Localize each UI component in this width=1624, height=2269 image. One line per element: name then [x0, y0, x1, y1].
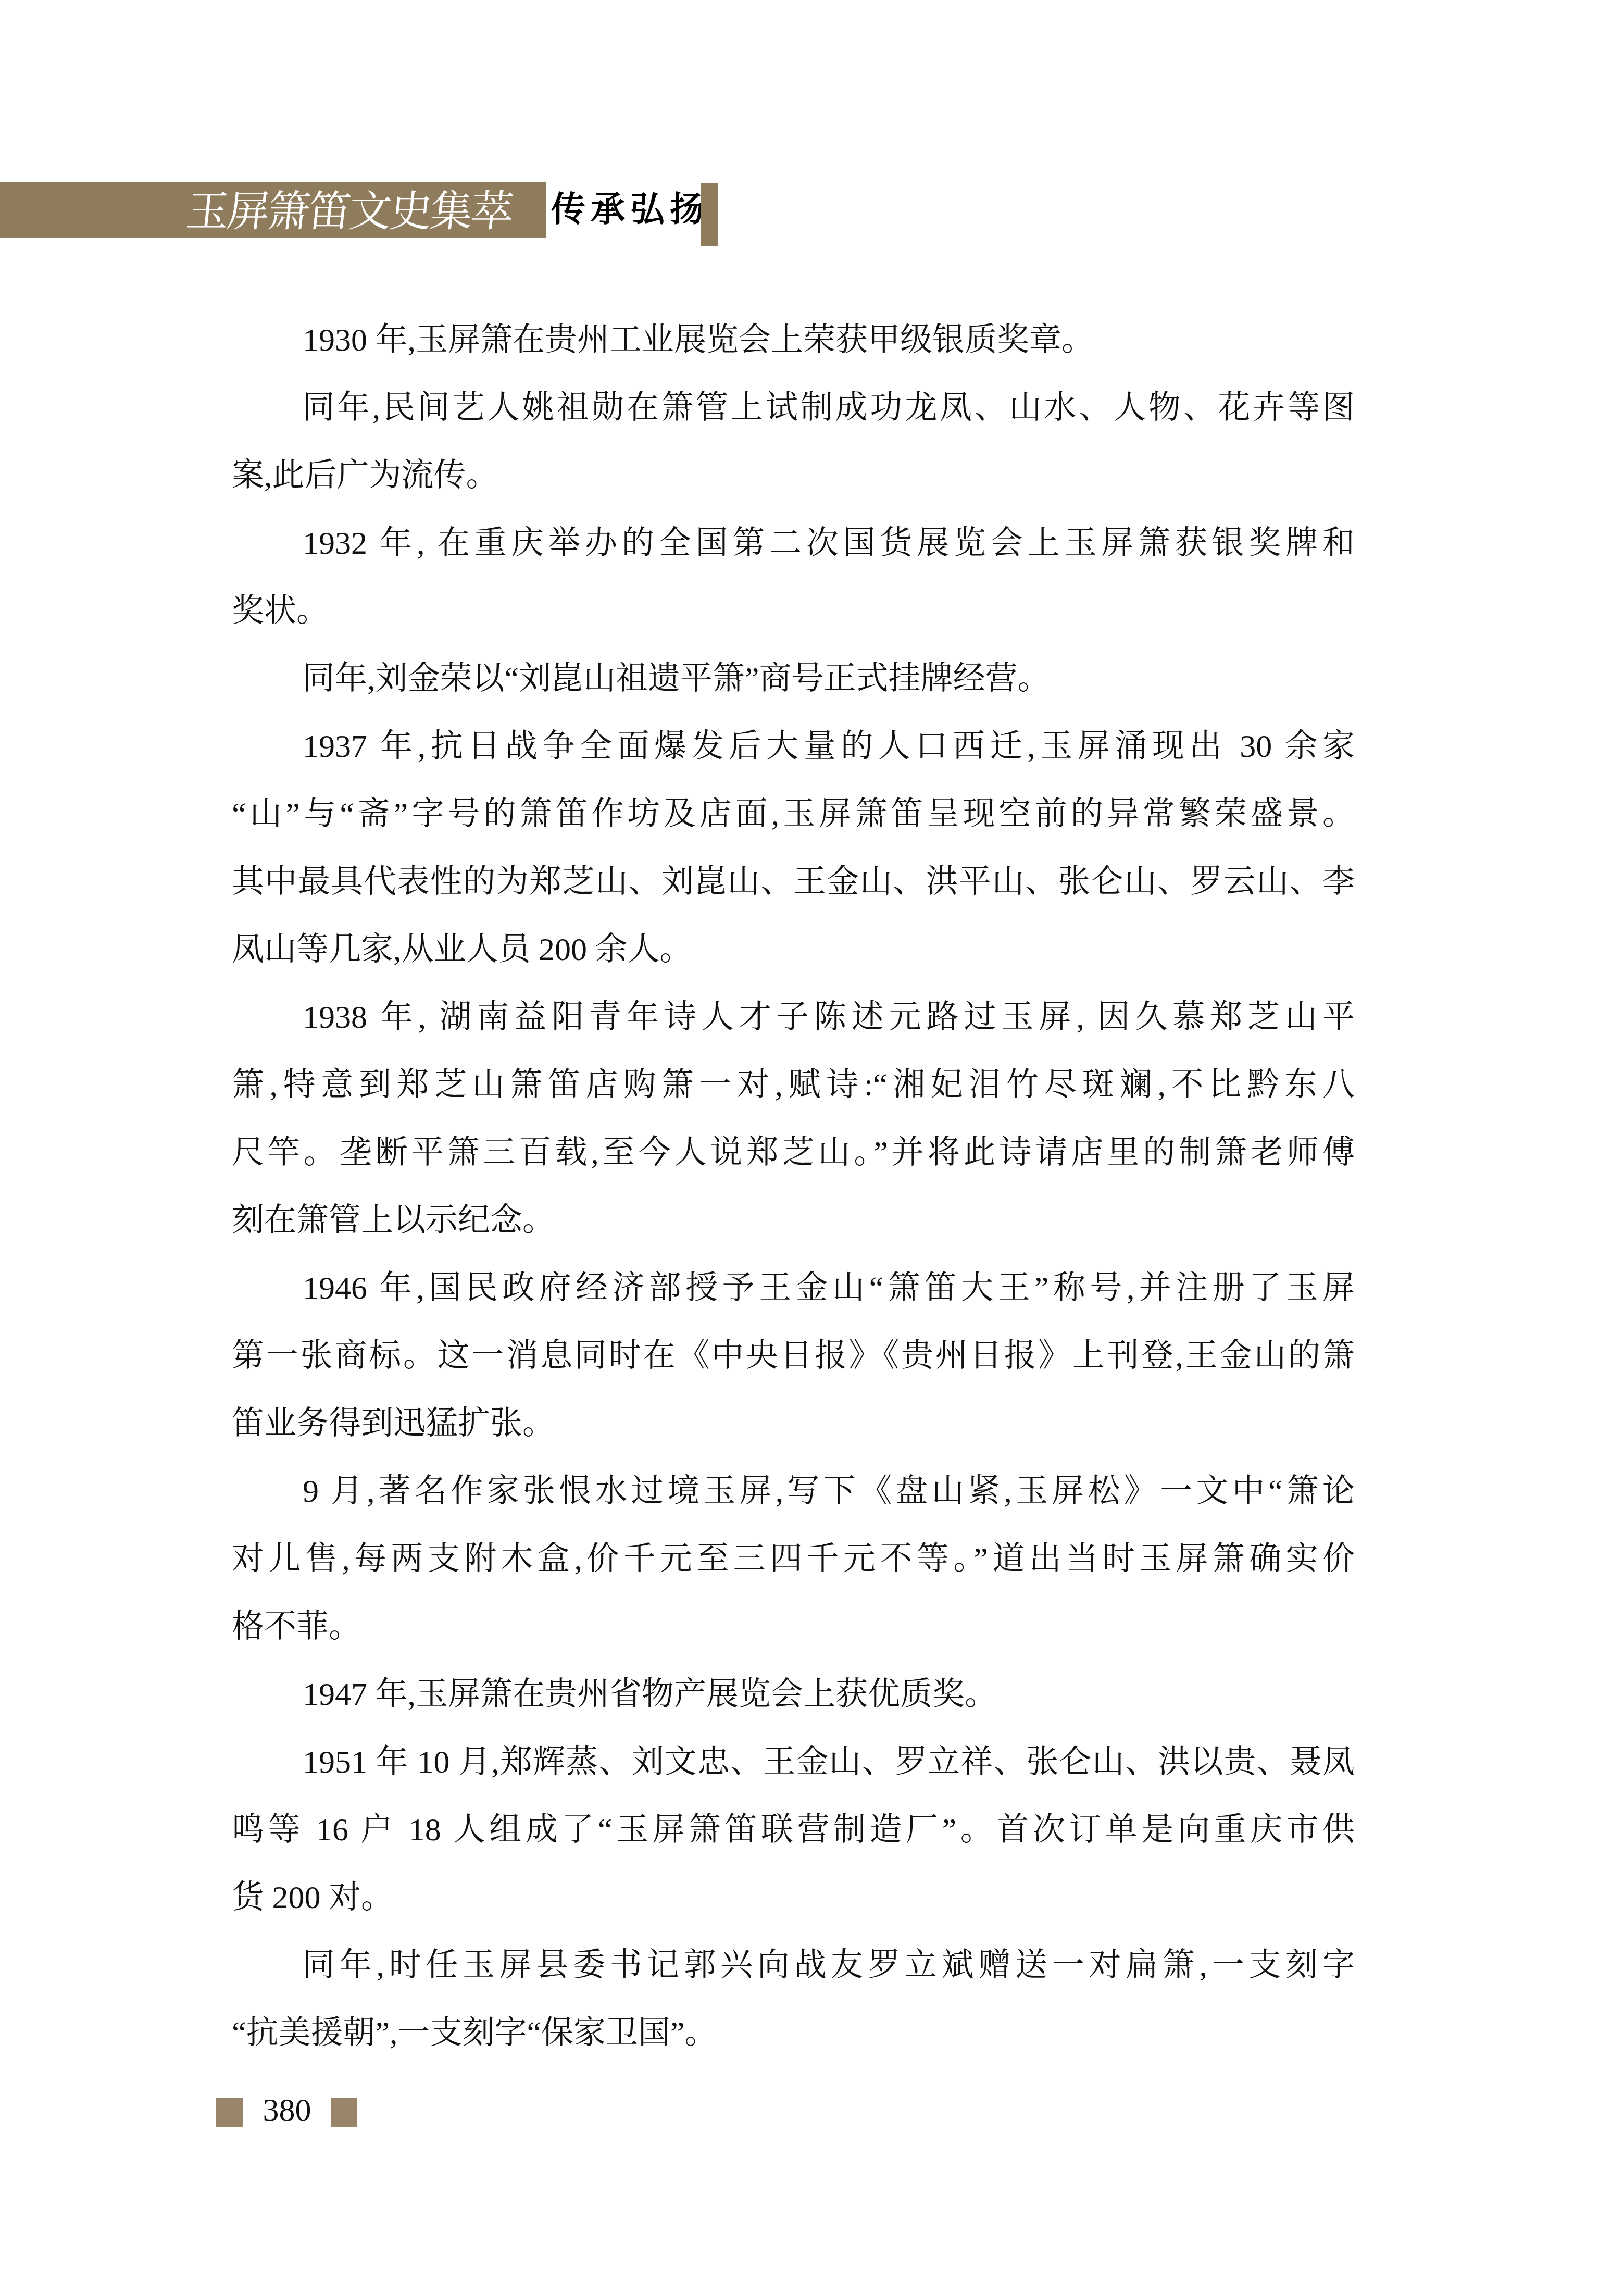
body-line: 其中最具代表性的为郑芝山、刘崑山、王金山、洪平山、张仑山、罗云山、李	[232, 848, 1355, 916]
body-text: 1930 年,玉屏箫在贵州工业展览会上荣获甲级银质奖章。同年,民间艺人姚祖勋在箫…	[232, 306, 1355, 2067]
header-band: 玉屏箫笛文史集萃	[0, 182, 546, 238]
header-accent-block	[701, 183, 718, 246]
body-line: 同年,民间艺人姚祖勋在箫管上试制成功龙凤、山水、人物、花卉等图	[232, 374, 1355, 442]
body-line: 1946 年,国民政府经济部授予王金山“箫笛大王”称号,并注册了玉屏	[232, 1254, 1355, 1322]
body-line: 笛业务得到迅猛扩张。	[232, 1390, 1355, 1457]
body-line: 同年,刘金荣以“刘崑山祖遗平箫”商号正式挂牌经营。	[232, 645, 1355, 713]
body-line: 1947 年,玉屏箫在贵州省物产展览会上获优质奖。	[232, 1661, 1355, 1728]
body-line: 9 月,著名作家张恨水过境玉屏,写下《盘山紧,玉屏松》一文中“箫论	[232, 1457, 1355, 1525]
footer-left-square	[216, 2098, 243, 2127]
body-line: 奖状。	[232, 577, 1355, 645]
body-line: 1932 年, 在重庆举办的全国第二次国货展览会上玉屏箫获银奖牌和	[232, 509, 1355, 577]
body-line: 格不菲。	[232, 1593, 1355, 1661]
body-line: 1930 年,玉屏箫在贵州工业展览会上荣获甲级银质奖章。	[232, 306, 1355, 374]
body-line: 案,此后广为流传。	[232, 442, 1355, 509]
book-page: 玉屏箫笛文史集萃 传承弘扬 1930 年,玉屏箫在贵州工业展览会上荣获甲级银质奖…	[0, 0, 1624, 2269]
body-line: 凤山等几家,从业人员 200 余人。	[232, 916, 1355, 983]
header-section-title: 传承弘扬	[551, 182, 709, 238]
body-line: “抗美援朝”,一支刻字“保家卫国”。	[232, 1999, 1355, 2067]
body-line: 货 200 对。	[232, 1864, 1355, 1931]
body-line: 同年,时任玉屏县委书记郭兴向战友罗立斌赠送一对扁箫,一支刻字	[232, 1931, 1355, 1999]
header-calligraphy-title: 玉屏箫笛文史集萃	[183, 182, 549, 242]
body-line: 第一张商标。这一消息同时在《中央日报》《贵州日报》上刊登,王金山的箫	[232, 1322, 1355, 1390]
body-line: “山”与“斋”字号的箫笛作坊及店面,玉屏箫笛呈现空前的异常繁荣盛景。	[232, 780, 1355, 848]
body-line: 尺竿。垄断平箫三百载,至今人说郑芝山。”并将此诗请店里的制箫老师傅	[232, 1119, 1355, 1187]
body-line: 1938 年, 湖南益阳青年诗人才子陈述元路过玉屏, 因久慕郑芝山平	[232, 983, 1355, 1051]
page-number: 380	[258, 2093, 316, 2127]
body-line: 1937 年,抗日战争全面爆发后大量的人口西迁,玉屏涌现出 30 余家	[232, 713, 1355, 780]
body-line: 鸣等 16 户 18 人组成了“玉屏箫笛联营制造厂”。首次订单是向重庆市供	[232, 1796, 1355, 1864]
footer-right-square	[331, 2098, 357, 2127]
body-line: 箫,特意到郑芝山箫笛店购箫一对,赋诗:“湘妃泪竹尽斑斓,不比黔东八	[232, 1051, 1355, 1119]
body-line: 对儿售,每两支附木盒,价千元至三四千元不等。”道出当时玉屏箫确实价	[232, 1525, 1355, 1593]
body-line: 刻在箫管上以示纪念。	[232, 1187, 1355, 1254]
body-line: 1951 年 10 月,郑辉蒸、刘文忠、王金山、罗立祥、张仑山、洪以贵、聂凤	[232, 1728, 1355, 1796]
